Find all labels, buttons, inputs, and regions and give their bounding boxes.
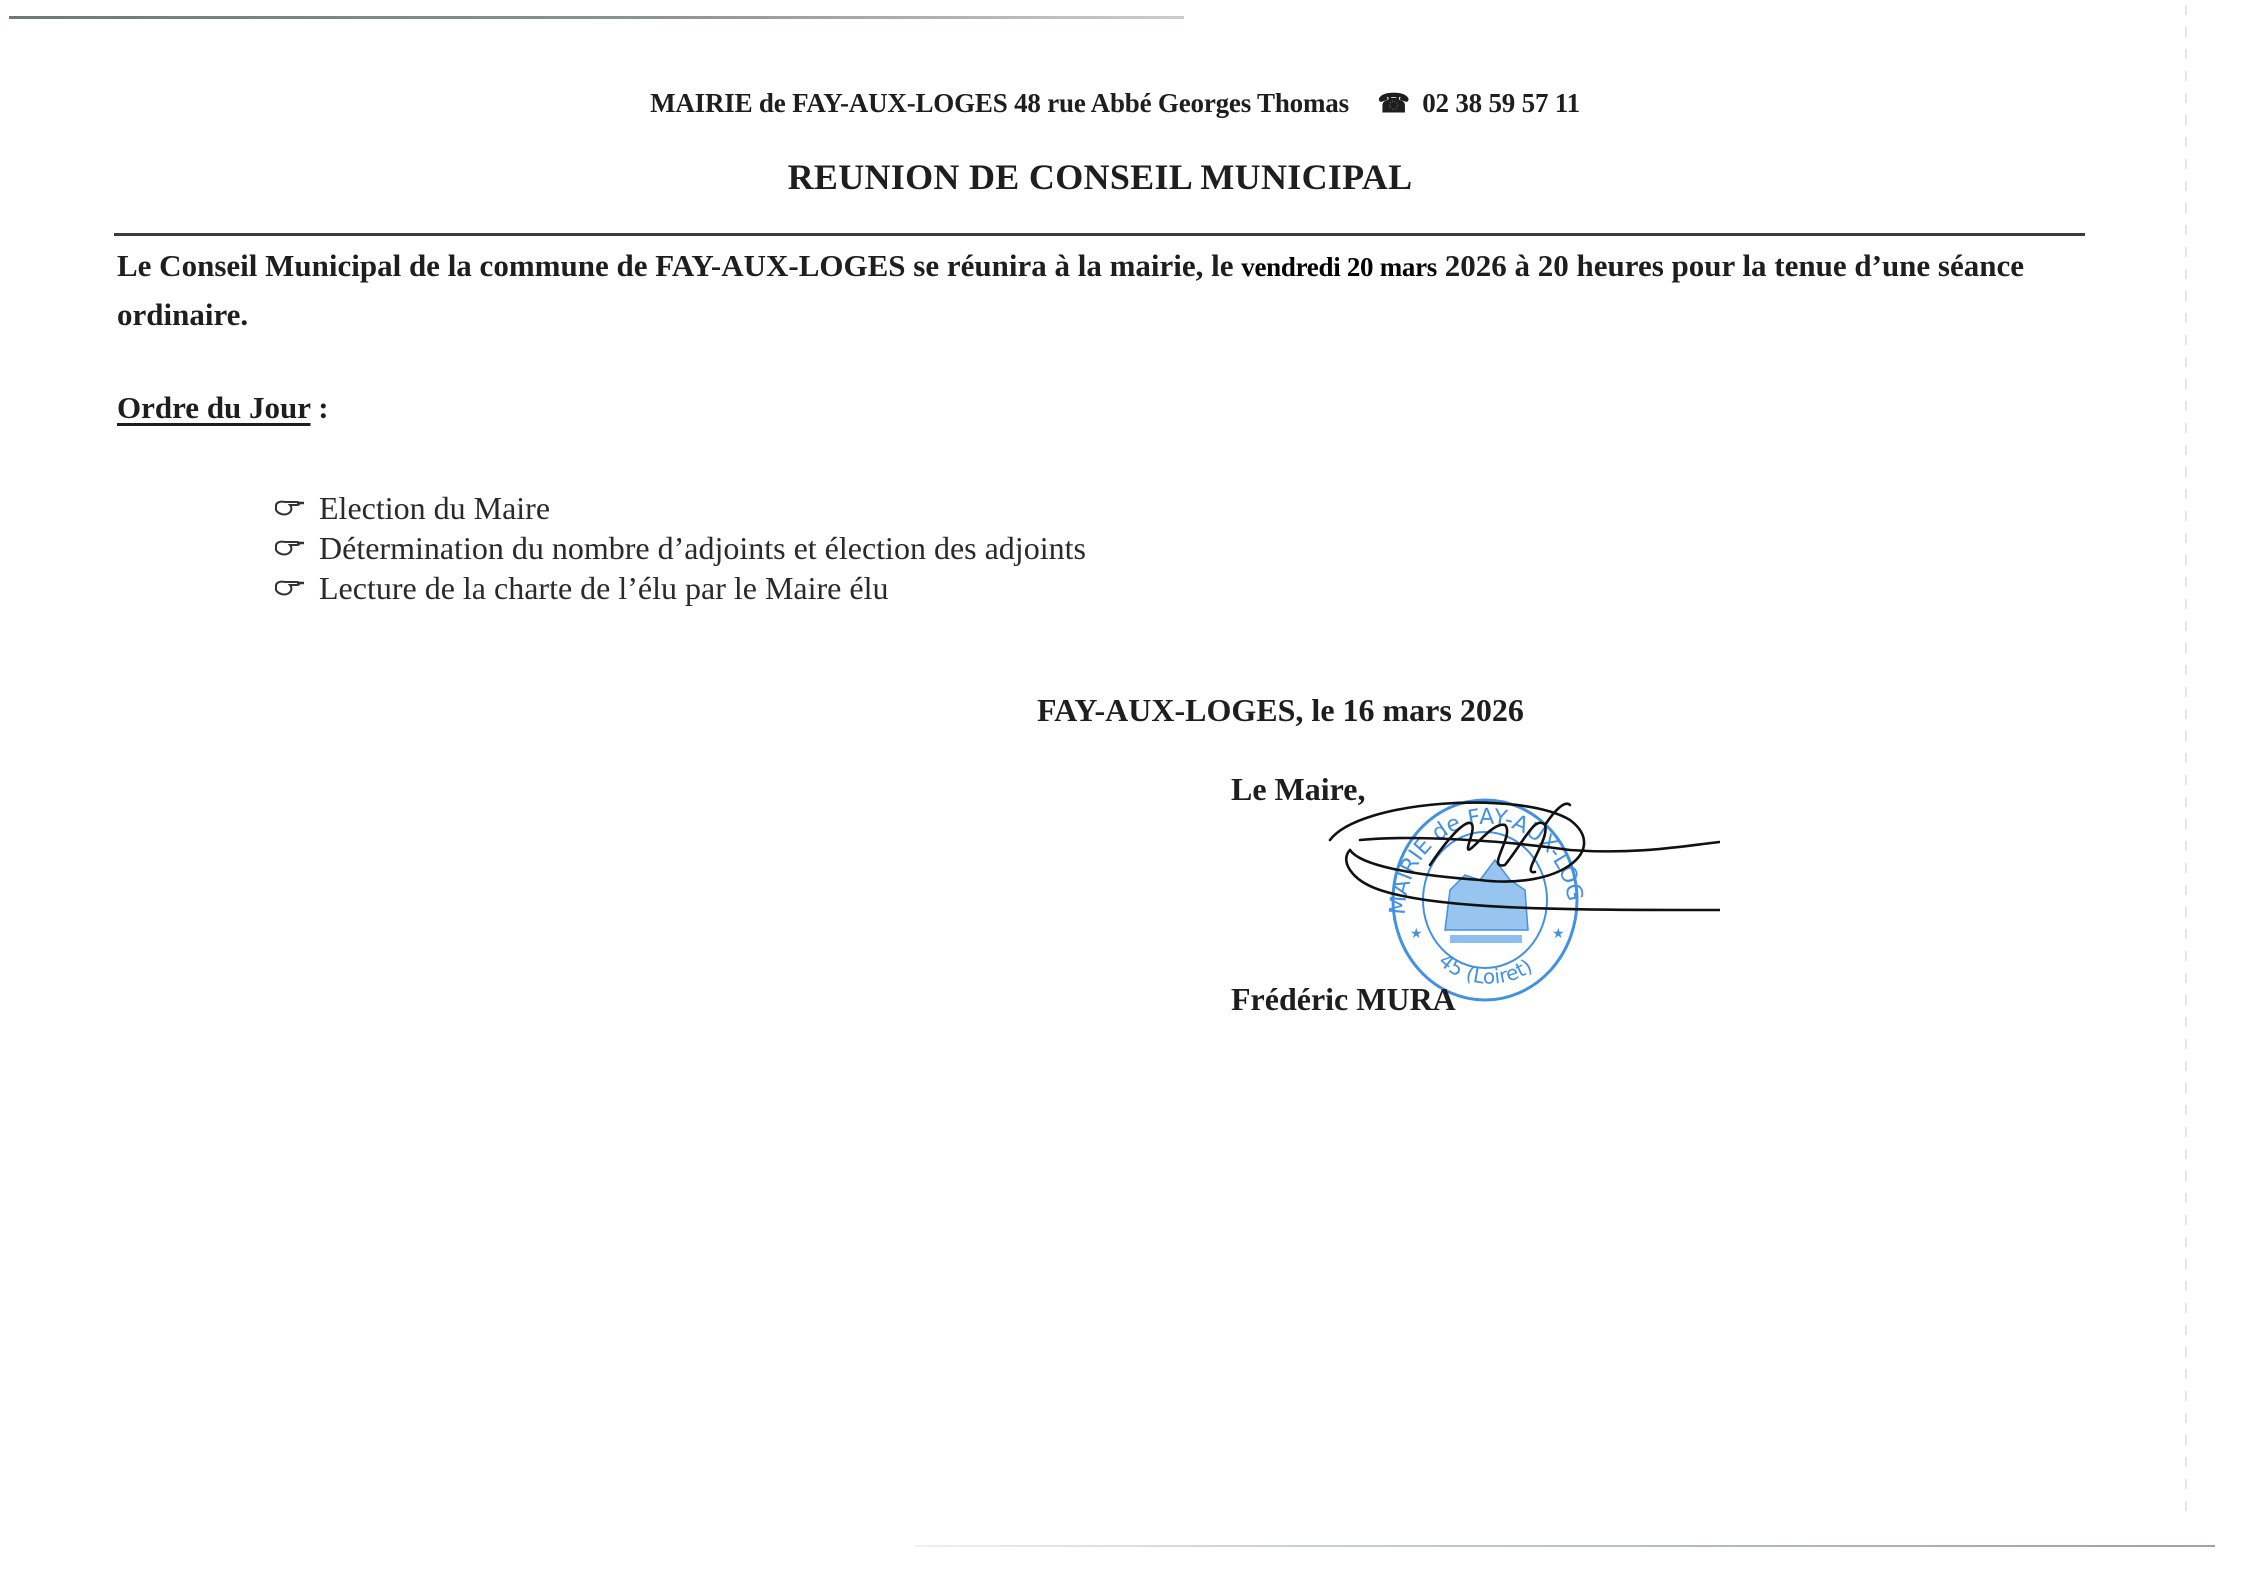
mairie-stamp-icon: MAIRIE de FAY-AUX-LOGES 45 (Loiret) ★ ★ xyxy=(1320,780,1587,1000)
organization-address: MAIRIE de FAY-AUX-LOGES 48 rue Abbé Geor… xyxy=(650,88,1349,118)
agenda-heading-colon: : xyxy=(311,390,329,425)
pointing-hand-icon xyxy=(273,497,307,519)
pointing-hand-icon xyxy=(273,537,307,559)
signatory-name: Frédéric MURA xyxy=(1231,981,1456,1018)
title-divider xyxy=(114,233,2085,236)
meeting-date: vendredi 20 mars xyxy=(1241,252,1437,282)
svg-text:★: ★ xyxy=(1410,927,1423,942)
announcement-text-start: Le Conseil Municipal de la commune de FA… xyxy=(117,248,1241,283)
meeting-announcement: Le Conseil Municipal de la commune de FA… xyxy=(117,242,2077,339)
phone-number: 02 38 59 57 11 xyxy=(1422,88,1580,118)
telephone-icon: ☎ xyxy=(1377,89,1409,119)
agenda-heading: Ordre du Jour : xyxy=(117,390,329,426)
agenda-item: Lecture de la charte de l’élu par le Mai… xyxy=(273,568,1086,608)
scan-edge-top xyxy=(9,16,1184,19)
place-and-date: FAY-AUX-LOGES, le 16 mars 2026 xyxy=(1037,692,1524,729)
scan-edge-bottom xyxy=(915,1545,2215,1547)
agenda-item-text: Lecture de la charte de l’élu par le Mai… xyxy=(319,570,888,607)
pointing-hand-icon xyxy=(273,577,307,599)
agenda-item-text: Détermination du nombre d’adjoints et él… xyxy=(319,530,1086,567)
scan-edge-right xyxy=(2185,5,2187,1515)
document-title: REUNION DE CONSEIL MUNICIPAL xyxy=(540,156,1660,198)
agenda-item-text: Election du Maire xyxy=(319,490,550,527)
agenda-list: Election du Maire Détermination du nombr… xyxy=(273,488,1086,608)
agenda-item: Détermination du nombre d’adjoints et él… xyxy=(273,528,1086,568)
letterhead: MAIRIE de FAY-AUX-LOGES 48 rue Abbé Geor… xyxy=(555,88,1675,119)
svg-text:★: ★ xyxy=(1552,927,1565,942)
agenda-heading-label: Ordre du Jour xyxy=(117,390,311,425)
agenda-item: Election du Maire xyxy=(273,488,1086,528)
